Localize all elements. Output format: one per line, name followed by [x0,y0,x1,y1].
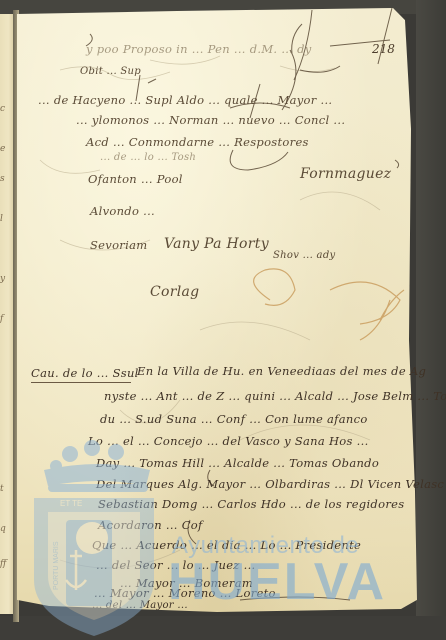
left-page-fragment: e [0,144,5,154]
watermark-line-2: HUELVA [168,556,386,608]
upper-text-line: Obit ... Sup [80,66,141,77]
upper-text-line: ... de ... lo ... Tosh [100,152,196,163]
body-text-line: Day ... Tomas Hill ... Alcalde ... Tomas… [96,456,379,470]
signature: Fornmaguez [300,166,391,182]
scanner-background-bottom [0,616,446,640]
body-text-line: nyste ... Ant ... de Z ... quini ... Alc… [104,389,446,403]
signature: Ofanton ... Pool [88,172,183,186]
scanner-background-right [416,0,446,640]
body-text-line: Sebastian Domg ... Carlos Hdo ... de los… [98,497,404,511]
body-text-line: Lo ... el ... Concejo ... del Vasco y Sa… [88,434,369,448]
left-page-fragment: ff [0,559,6,569]
upper-text-line: Acd ... Conmondarne ... Respostores [86,135,309,149]
body-text-line: Del Marques Alg. Mayor ... Olbardiras ..… [96,477,444,491]
left-page-fragment: c [0,104,5,114]
upper-text-line: ... de Hacyeno ... Supl Aldo ... quale .… [38,93,332,107]
signature: Vany Pa Horty [164,236,269,252]
left-page-fragment: s [0,174,5,184]
signature: Alvondo ... [90,204,155,218]
signature: Sevoriam [90,238,147,252]
left-page-fragment: t [0,484,4,494]
body-text-line: En la Villa de Hu. en Veneediaas del mes… [137,364,426,378]
body-text-line: Acordaron ... Cof [98,518,203,532]
folio-number: 218 [372,42,395,56]
left-page-fragment: y [0,274,5,284]
heading-underline [31,382,131,383]
signature: Shov ... ady [273,250,335,261]
left-page-fragment: l [0,214,3,224]
left-page-fragment: q [0,524,6,534]
left-page-fragment: f [0,314,3,324]
signature: Corlag [150,284,199,300]
marginal-heading: Cau. de lo ... Ssul [31,366,139,380]
upper-text-line: ... ylomonos ... Norman ... nuevo ... Co… [76,113,345,127]
upper-text-line: y poo Proposo in ... Pen ... d.M. ... dy [86,42,312,56]
body-text-line: du ... S.ud Suna ... Conf ... Con lume a… [100,412,368,426]
previous-page-edge: c e s l y f t q ff [0,14,14,614]
